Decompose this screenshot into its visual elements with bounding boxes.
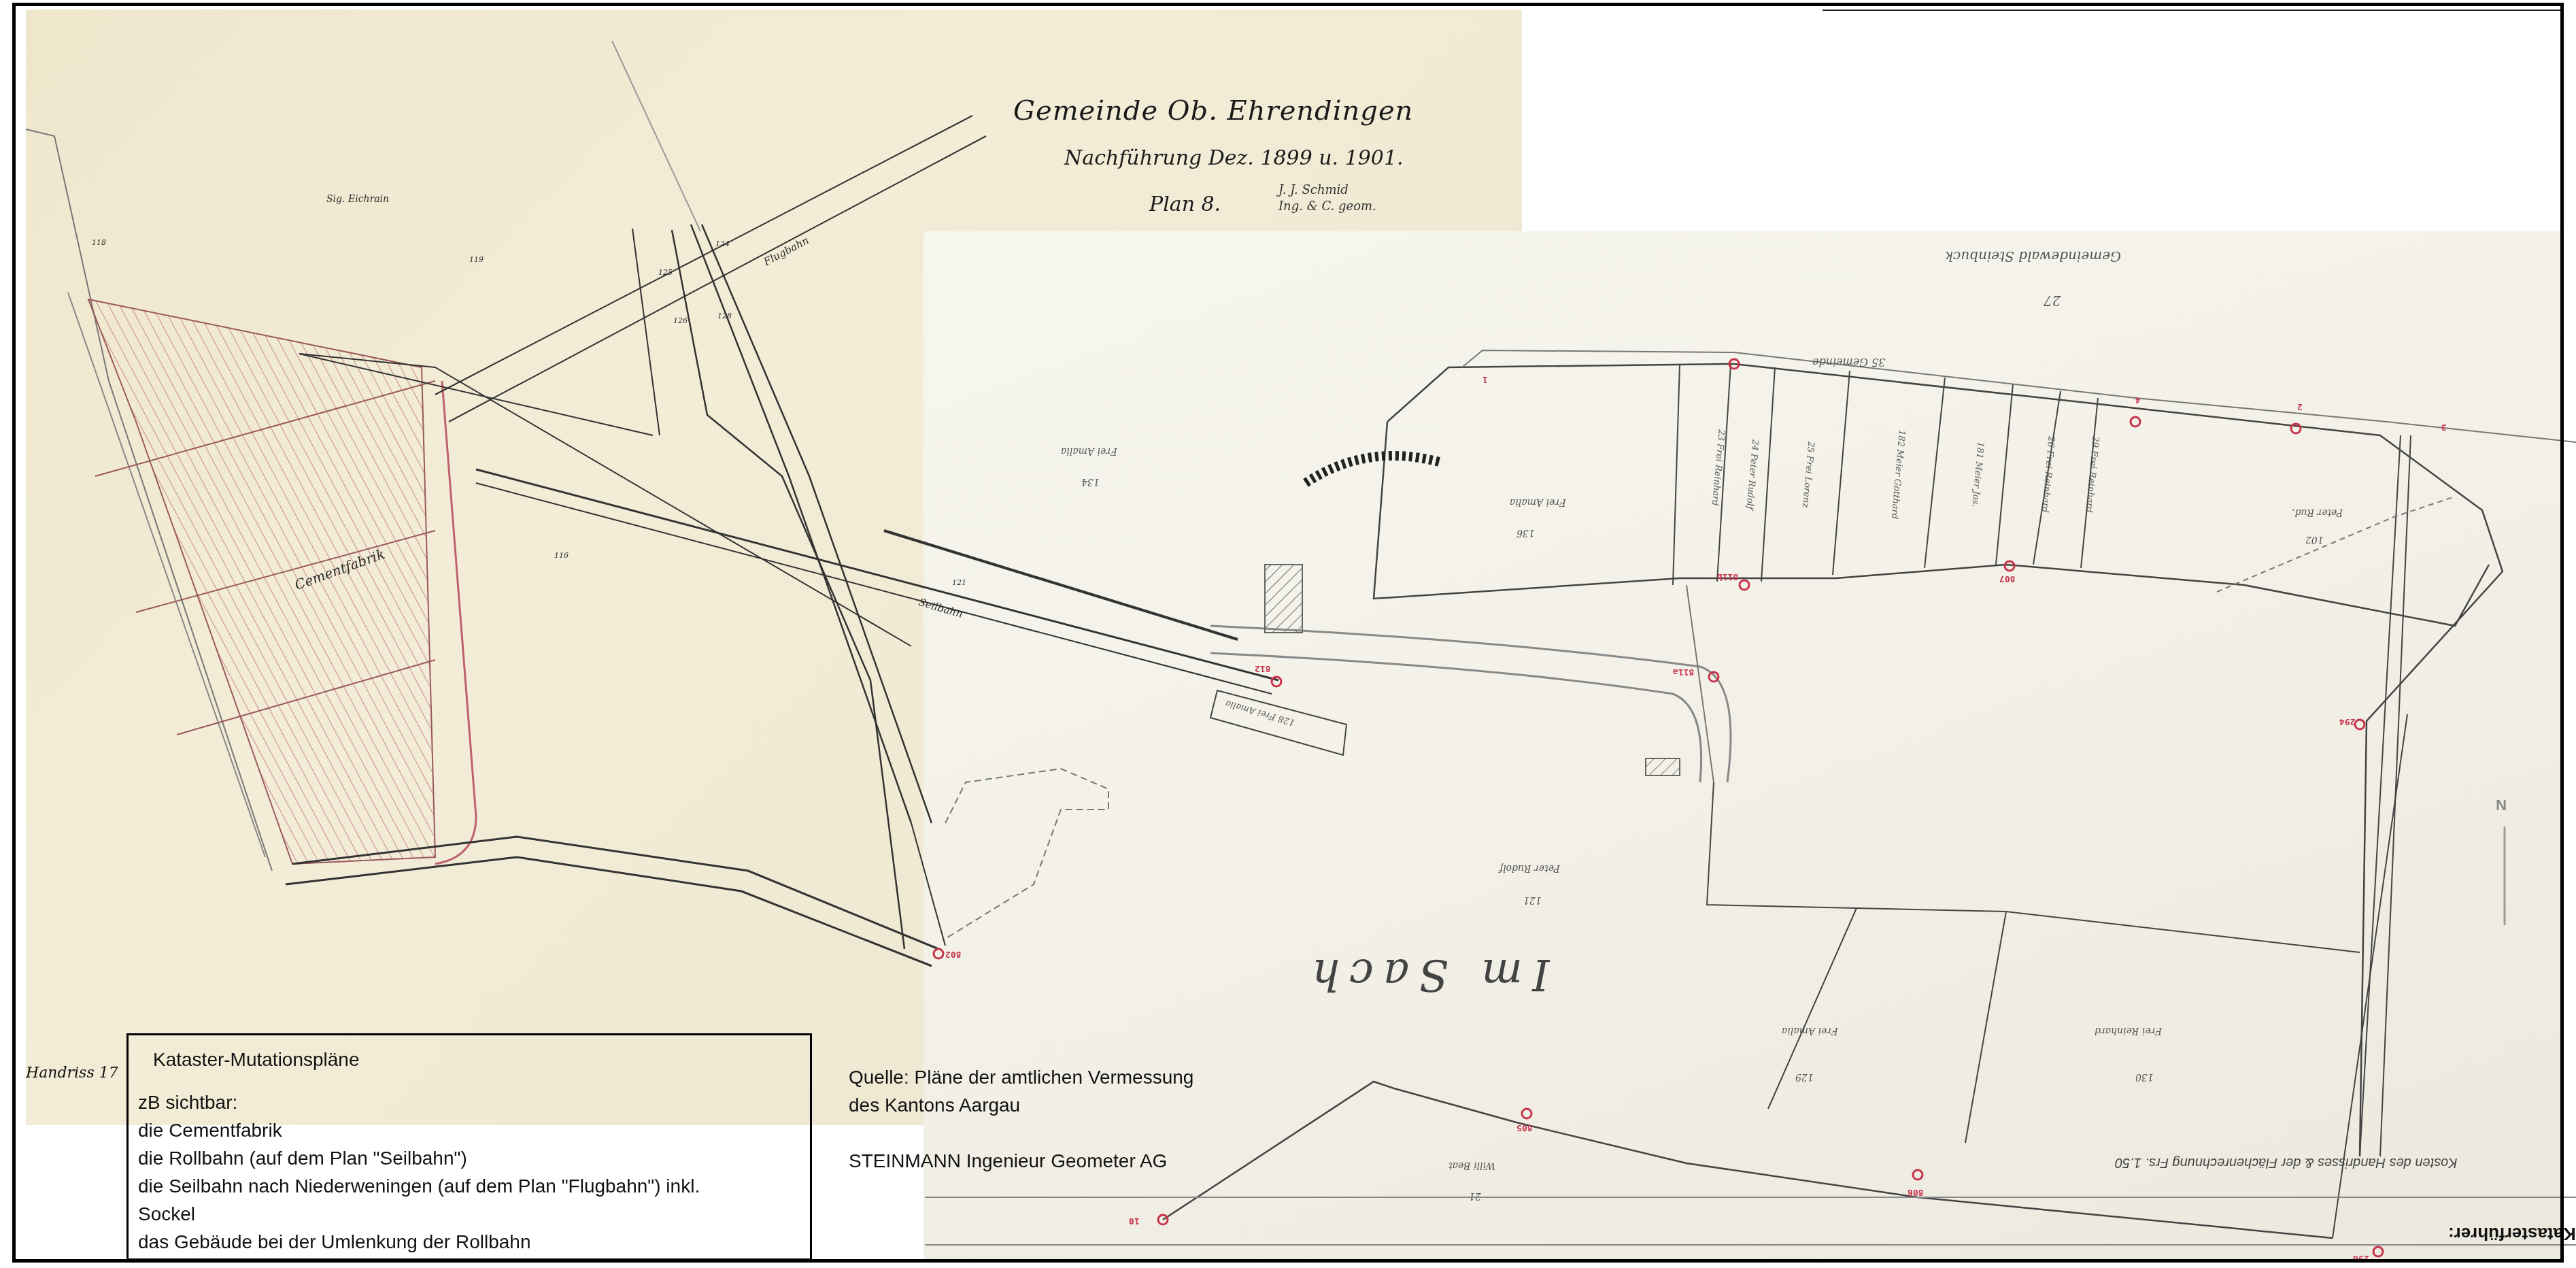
point-1: 1 bbox=[1482, 374, 1488, 384]
source-credit: Quelle: Pläne der amtlichen Vermessung d… bbox=[849, 1063, 1193, 1175]
north-arrow-label: N bbox=[2496, 796, 2507, 814]
parcel-27: 27 bbox=[2044, 293, 2061, 309]
parcel-21-owner: Willi Beat bbox=[1448, 1160, 1495, 1171]
handriss-label: Handriss 17 bbox=[26, 1065, 118, 1082]
parcel-130-no: 130 bbox=[2135, 1071, 2154, 1082]
point-805: 805 bbox=[1516, 1122, 1532, 1133]
parcel-128: 128 bbox=[717, 312, 732, 320]
point-296: 296 bbox=[2353, 1253, 2369, 1263]
parcel-126: 126 bbox=[673, 316, 688, 325]
source-line-1: Quelle: Pläne der amtlichen Vermessung bbox=[849, 1063, 1193, 1091]
point-806: 806 bbox=[1908, 1187, 1923, 1197]
point-4: 4 bbox=[2135, 395, 2141, 405]
parcel-102-no: 102 bbox=[2305, 534, 2324, 545]
parcel-118: 118 bbox=[92, 238, 106, 247]
point-2: 2 bbox=[2297, 401, 2303, 412]
parcel-130-owner: Frei Reinhard bbox=[2095, 1025, 2162, 1036]
source-firm: STEINMANN Ingenieur Geometer AG bbox=[849, 1147, 1193, 1175]
plan-signature: J. J. Schmid Ing. & C. geom. bbox=[1278, 182, 1376, 215]
point-10: 10 bbox=[1129, 1216, 1140, 1226]
parcel-21-no: 21 bbox=[1469, 1190, 1481, 1201]
info-heading: Kataster-Mutationspläne bbox=[153, 1049, 360, 1071]
point-812: 812 bbox=[1255, 663, 1270, 673]
cementfabrik-area bbox=[88, 299, 435, 864]
point-802: 802 bbox=[945, 949, 961, 959]
building-rollbahn-bend bbox=[1265, 565, 1302, 633]
info-lines: zB sichtbar: die Cementfabrik die Rollba… bbox=[138, 1088, 700, 1256]
plan-subtitle: Nachführung Dez. 1899 u. 1901. bbox=[1064, 146, 1404, 170]
info-line: die Rollbahn (auf dem Plan "Seilbahn") bbox=[138, 1144, 700, 1172]
point-3: 3 bbox=[2441, 422, 2447, 432]
road-label: 35 Gemeinde bbox=[1812, 356, 1885, 369]
info-line: zB sichtbar: bbox=[138, 1088, 700, 1116]
info-line: das Gebäude bei der Umlenkung der Rollba… bbox=[138, 1228, 700, 1256]
info-line: Sockel bbox=[138, 1200, 700, 1228]
plan-title: Gemeinde Ob. Ehrendingen bbox=[1013, 95, 1413, 127]
parcel-121-left: 121 bbox=[952, 578, 966, 587]
parcel-129-no: 129 bbox=[1795, 1071, 1814, 1082]
signature-line-2: Ing. & C. geom. bbox=[1278, 199, 1376, 215]
parcel-136-no: 136 bbox=[1516, 527, 1535, 538]
parcel-121-owner: Peter Rudolf bbox=[1499, 863, 1560, 873]
forest-label: Gemeindewald Steinbuck bbox=[1945, 248, 2121, 265]
red-boundary-points bbox=[1158, 359, 2383, 1256]
point-811a: 811a bbox=[1673, 667, 1694, 677]
point-294: 294 bbox=[2339, 716, 2355, 727]
signal-eichrain-label: Sig. Eichrain bbox=[326, 194, 389, 205]
point-811b: 811b bbox=[1717, 571, 1738, 582]
place-name-im-sach: Im Sach bbox=[1302, 949, 1549, 999]
parcel-102-owner: Peter Rud. bbox=[2292, 507, 2343, 518]
cost-note: Kosten des Handrisses & der Flächenrechn… bbox=[2115, 1154, 2458, 1170]
point-807: 807 bbox=[1999, 573, 2015, 584]
parcel-116: 116 bbox=[554, 551, 569, 560]
info-line: die Seilbahn nach Niederweningen (auf de… bbox=[138, 1172, 700, 1200]
parcel-134-owner: Frei Amalia bbox=[1061, 446, 1117, 456]
signature-line-1: J. J. Schmid bbox=[1278, 182, 1376, 199]
parcel-129-owner: Frei Amalia bbox=[1782, 1025, 1838, 1036]
plan-number: Plan 8. bbox=[1149, 193, 1221, 216]
info-line: die Cementfabrik bbox=[138, 1116, 700, 1144]
parcel-125: 125 bbox=[658, 268, 673, 277]
left-plan-lines bbox=[26, 41, 1278, 966]
katasterfuehrer-label: Katasterführer: bbox=[2448, 1223, 2576, 1244]
info-box: Kataster-Mutationspläne zB sichtbar: die… bbox=[126, 1033, 812, 1261]
parcel-121-no: 121 bbox=[1523, 895, 1542, 905]
parcel-136-owner: Frei Amalia bbox=[1510, 497, 1566, 507]
source-line-2: des Kantons Aargau bbox=[849, 1091, 1193, 1119]
parcel-134-no: 134 bbox=[1081, 476, 1100, 487]
parcel-119: 119 bbox=[469, 255, 484, 264]
parcel-124: 124 bbox=[715, 239, 730, 248]
